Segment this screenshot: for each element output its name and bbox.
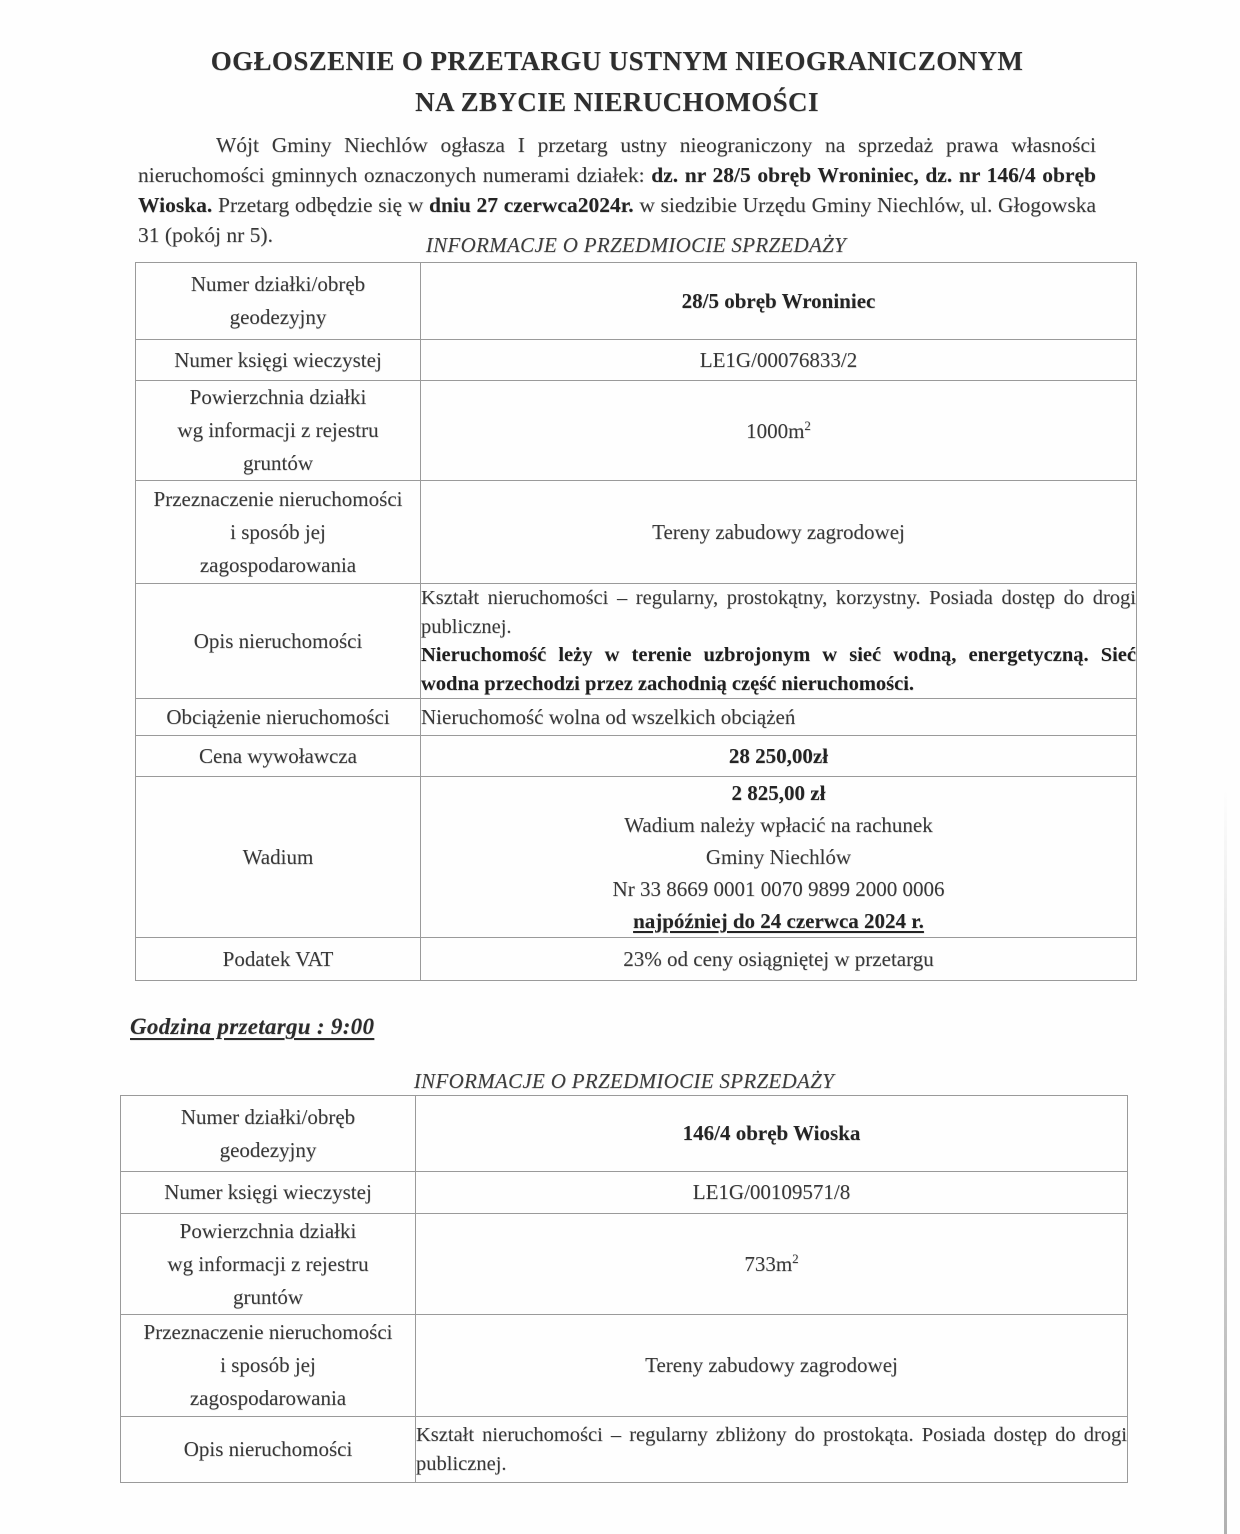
table2-row-purpose: Przeznaczenie nieruchomości i sposób jej… xyxy=(121,1315,1128,1417)
deposit-payment-info: Wadium należy wpłacić na rachunek xyxy=(421,809,1136,841)
description-label: Opis nieruchomości xyxy=(121,1417,416,1483)
land-register-value: LE1G/00109571/8 xyxy=(416,1172,1128,1214)
intro-text-2: Przetarg odbędzie się w xyxy=(212,193,429,217)
plot-area-label: Powierzchnia działki wg informacji z rej… xyxy=(121,1214,416,1315)
table1-row-area: Powierzchnia działki wg informacji z rej… xyxy=(136,381,1137,481)
title-line-1: OGŁOSZENIE O PRZETARGU USTNYM NIEOGRANIC… xyxy=(211,46,1024,76)
intro-paragraph: Wójt Gminy Niechlów ogłasza I przetarg u… xyxy=(138,130,1096,250)
table1-row-description: Opis nieruchomości Kształt nieruchomości… xyxy=(136,584,1137,699)
purpose-value: Tereny zabudowy zagrodowej xyxy=(416,1315,1128,1417)
table1-caption: INFORMACJE O PRZEDMIOCIE SPRZEDAŻY xyxy=(135,233,1137,258)
table1-row-plot: Numer działki/obręb geodezyjny 28/5 obrę… xyxy=(136,263,1137,340)
scan-page-edge-artifact xyxy=(1224,788,1227,1534)
purpose-label: Przeznaczenie nieruchomości i sposób jej… xyxy=(136,481,421,584)
table2-row-register: Numer księgi wieczystej LE1G/00109571/8 xyxy=(121,1172,1128,1214)
table1-row-deposit: Wadium 2 825,00 zł Wadium należy wpłacić… xyxy=(136,777,1137,938)
intro-date-bold: dniu 27 czerwca2024r. xyxy=(429,193,634,217)
description-shape-text: Kształt nieruchomości – regularny, prost… xyxy=(421,584,1136,641)
plot-area-label: Powierzchnia działki wg informacji z rej… xyxy=(136,381,421,481)
vat-value: 23% od ceny osiągniętej w przetargu xyxy=(421,938,1137,981)
purpose-value: Tereny zabudowy zagrodowej xyxy=(421,481,1137,584)
table1-row-vat: Podatek VAT 23% od ceny osiągniętej w pr… xyxy=(136,938,1137,981)
starting-price-label: Cena wywoławcza xyxy=(136,736,421,777)
description-utilities-text: Nieruchomość leży w terenie uzbrojonym w… xyxy=(421,641,1136,698)
vat-label: Podatek VAT xyxy=(136,938,421,981)
deposit-label: Wadium xyxy=(136,777,421,938)
auction-time-heading: Godzina przetargu : 9:00 xyxy=(130,1014,374,1040)
plot-number-value: 146/4 obręb Wioska xyxy=(416,1096,1128,1172)
table1-row-purpose: Przeznaczenie nieruchomości i sposób jej… xyxy=(136,481,1137,584)
area-number: 1000m xyxy=(746,419,804,443)
table2-row-plot: Numer działki/obręb geodezyjny 146/4 obr… xyxy=(121,1096,1128,1172)
starting-price-value: 28 250,00zł xyxy=(421,736,1137,777)
table1-row-encumbrance: Obciążenie nieruchomości Nieruchomość wo… xyxy=(136,699,1137,736)
area-number: 733m xyxy=(744,1252,792,1276)
sale-info-table-2: Numer działki/obręb geodezyjny 146/4 obr… xyxy=(120,1095,1128,1483)
plot-area-value: 1000m2 xyxy=(421,381,1137,481)
deposit-amount: 2 825,00 zł xyxy=(421,777,1136,809)
purpose-label: Przeznaczenie nieruchomości i sposób jej… xyxy=(121,1315,416,1417)
land-register-label: Numer księgi wieczystej xyxy=(136,340,421,381)
sale-info-table-1: Numer działki/obręb geodezyjny 28/5 obrę… xyxy=(135,262,1137,981)
title-line-2: NA ZBYCIE NIERUCHOMOŚCI xyxy=(415,87,819,117)
plot-number-value: 28/5 obręb Wroniniec xyxy=(421,263,1137,340)
deposit-payee: Gminy Niechlów xyxy=(421,841,1136,873)
description-label: Opis nieruchomości xyxy=(136,584,421,699)
land-register-label: Numer księgi wieczystej xyxy=(121,1172,416,1214)
encumbrance-label: Obciążenie nieruchomości xyxy=(136,699,421,736)
area-superscript: 2 xyxy=(792,1251,799,1266)
table2-caption: INFORMACJE O PRZEDMIOCIE SPRZEDAŻY xyxy=(120,1069,1128,1094)
table1-row-register: Numer księgi wieczystej LE1G/00076833/2 xyxy=(136,340,1137,381)
land-register-value: LE1G/00076833/2 xyxy=(421,340,1137,381)
scanned-auction-notice-page: OGŁOSZENIE O PRZETARGU USTNYM NIEOGRANIC… xyxy=(0,0,1240,1534)
plot-number-label: Numer działki/obręb geodezyjny xyxy=(121,1096,416,1172)
plot-number-label: Numer działki/obręb geodezyjny xyxy=(136,263,421,340)
encumbrance-value: Nieruchomość wolna od wszelkich obciążeń xyxy=(421,699,1137,736)
deposit-value: 2 825,00 zł Wadium należy wpłacić na rac… xyxy=(421,777,1137,938)
area-superscript: 2 xyxy=(804,418,811,433)
description-value: Kształt nieruchomości – regularny zbliżo… xyxy=(416,1417,1128,1483)
table2-row-area: Powierzchnia działki wg informacji z rej… xyxy=(121,1214,1128,1315)
plot-area-value: 733m2 xyxy=(416,1214,1128,1315)
deposit-deadline: najpóźniej do 24 czerwca 2024 r. xyxy=(421,905,1136,937)
deposit-account-number: Nr 33 8669 0001 0070 9899 2000 0006 xyxy=(421,873,1136,905)
description-value: Kształt nieruchomości – regularny, prost… xyxy=(421,584,1137,699)
table2-row-description: Opis nieruchomości Kształt nieruchomości… xyxy=(121,1417,1128,1483)
document-title: OGŁOSZENIE O PRZETARGU USTNYM NIEOGRANIC… xyxy=(0,41,1234,123)
table1-row-price: Cena wywoławcza 28 250,00zł xyxy=(136,736,1137,777)
